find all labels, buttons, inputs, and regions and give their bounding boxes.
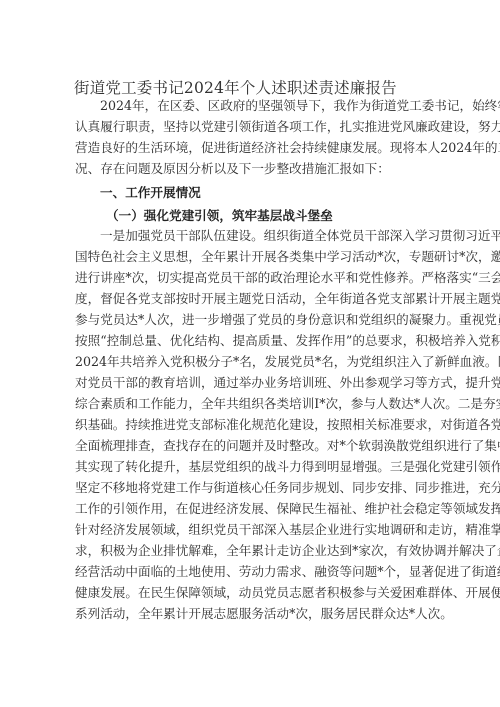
body-line: 2024年共培养入党积极分子*名，发展党员*名，为党组织注入了新鲜血液。同时，加… [75,354,426,370]
intro-line: 况、存在问题及原因分析以及下一步整改措施汇报如下： [75,161,426,177]
body-line: 按照“控制总量、优化结构、提高质量、发挥作用”的总要求，积极培养入党积极分子， [75,333,426,349]
body-line: 一是加强党员干部队伍建设。组织街道全体党员干部深入学习贯彻习近平新时代中 [100,228,426,244]
subsection-heading: （一）强化党建引领，筑牢基层战斗堡垒 [106,205,333,224]
body-line: 度，督促各党支部按时开展主题党日活动，全年街道各党支部累计开展主题党日活动*次， [75,291,426,307]
intro-line: 营造良好的生活环境，促进街道经济社会持续健康发展。现将本人2024年的工作开展情 [75,140,426,156]
body-line: 坚定不移地将党建工作与街道核心任务同步规划、同步安排、同步推进，充分彰显党建 [75,480,426,496]
section-heading: 一、工作开展情况 [100,182,201,201]
intro-line: 2024年，在区委、区政府的坚强领导下，我作为街道党工委书记，始终牢记使命， [100,98,426,114]
document-page: 街道党工委书记2024年个人述职述责述廉报告 2024年，在区委、区政府的坚强领… [0,0,500,707]
intro-line: 认真履行职责，坚持以党建引领街道各项工作，扎实推进党风廉政建设，努力为辖区居民 [75,119,426,135]
body-line: 健康发展。在民生保障领域，动员党员志愿者积极参与关爱困难群体、开展便民服务等 [75,585,426,601]
body-line: 进行讲座*次，切实提高党员干部的政治理论水平和党性修养。严格落实“三会一课”制 [75,270,426,286]
body-line: 织基础。持续推进党支部标准化规范化建设，按照相关标准要求，对街道各党支部进行 [75,417,426,433]
body-line: 全面梳理排查，查找存在的问题并及时整改。对*个软弱涣散党组织进行了集中整顿，使 [75,438,426,454]
body-line: 系列活动，全年累计开展志愿服务活动*次，服务居民群众达*人次。 [75,606,426,622]
body-line: 综合素质和工作能力，全年共组织各类培训I*次，参与人数达*人次。二是夯实基层党组 [75,396,426,412]
body-line: 针对经济发展领域，组织党员干部深入基层企业进行实地调研和走访，精准掌握企业需 [75,522,426,538]
document-title: 街道党工委书记2024年个人述职述责述廉报告 [74,76,397,98]
body-line: 经营活动中面临的土地使用、劳动力需求、融资等问题*个，显著促进了街道经济的持续 [75,564,426,580]
body-line: 工作的引领作用，在促进经济发展、保障民生福祉、维护社会稳定等领域发挥关键作用。 [75,501,426,517]
body-line: 参与党员达*人次，进一步增强了党员的身份意识和党组织的凝聚力。重视党员发展工作， [75,312,426,328]
body-line: 求，积极为企业排忧解难，全年累计走访企业达到*家次，有效协调并解决了企业在生产 [75,543,426,559]
body-line: 其实现了转化提升，基层党组织的战斗力得到明显增强。三是强化党建引领作用发挥。 [75,459,426,475]
body-line: 对党员干部的教育培训，通过举办业务培训班、外出参观学习等方式，提升党员干部的 [75,375,426,391]
body-line: 国特色社会主义思想，全年累计开展各类集中学习活动*次，专题研讨*次，邀请专家学者 [75,249,426,265]
